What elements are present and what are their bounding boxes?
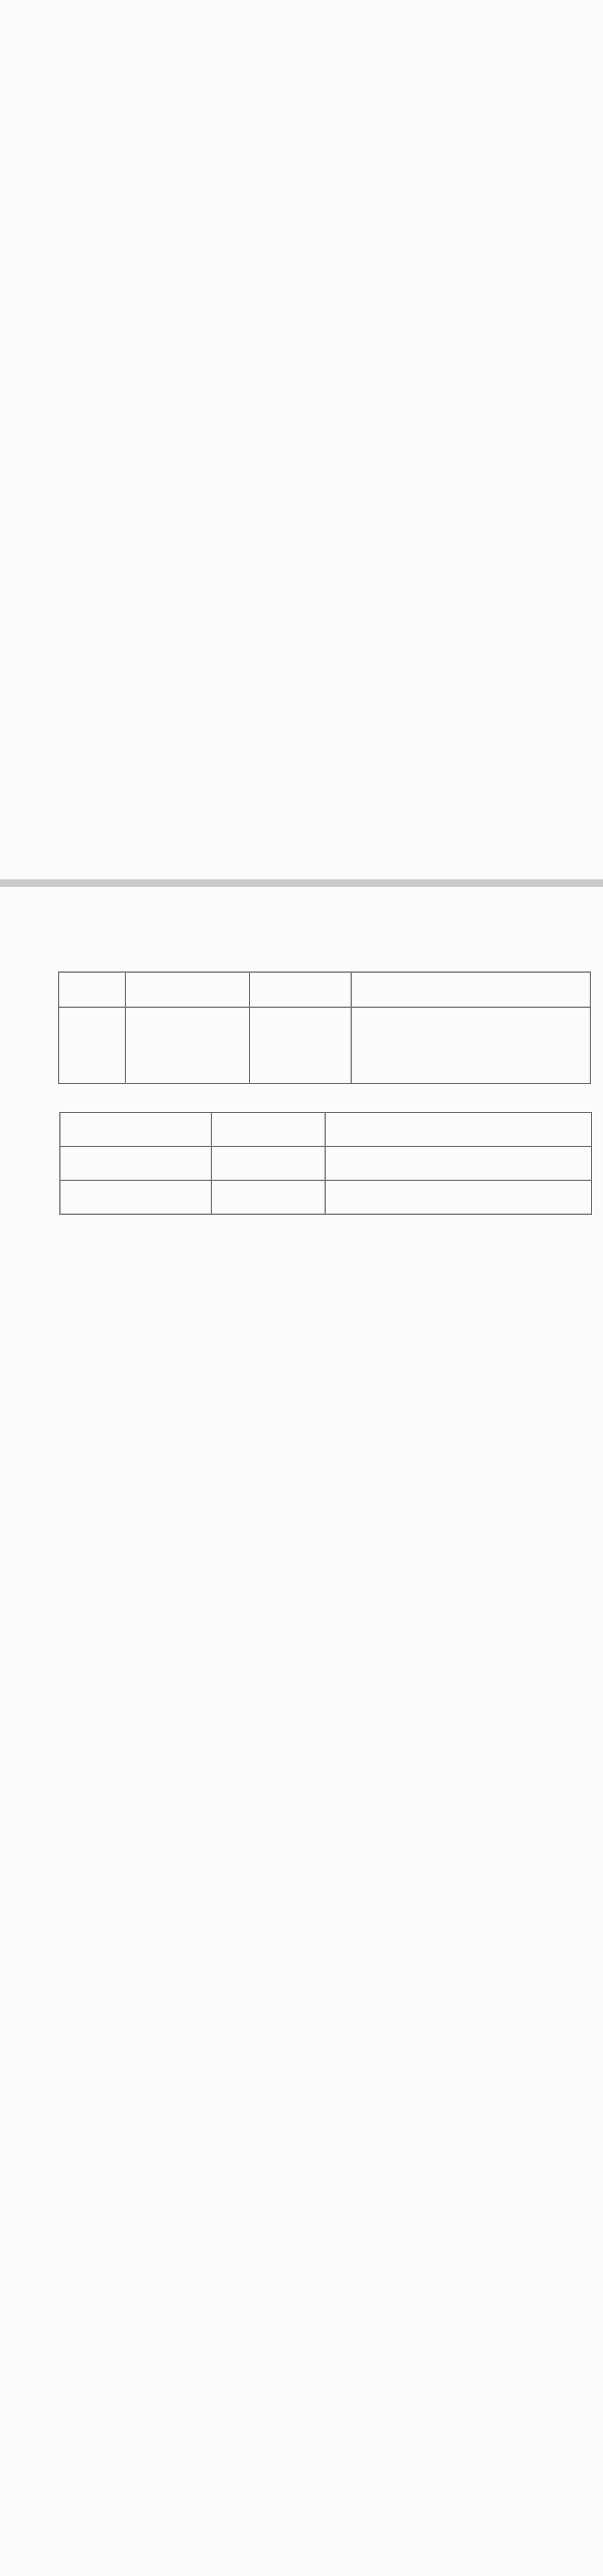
document-page-2 [0,887,603,1816]
table-row [59,1007,590,1083]
page-separator [0,879,603,887]
table-header-row [60,1112,591,1146]
table-row [60,1180,591,1214]
document-page-1 [0,0,603,879]
table-row [60,1146,591,1180]
table-garden [59,1112,592,1215]
table-header-row [59,972,590,1007]
table-residential-b [58,971,591,1084]
